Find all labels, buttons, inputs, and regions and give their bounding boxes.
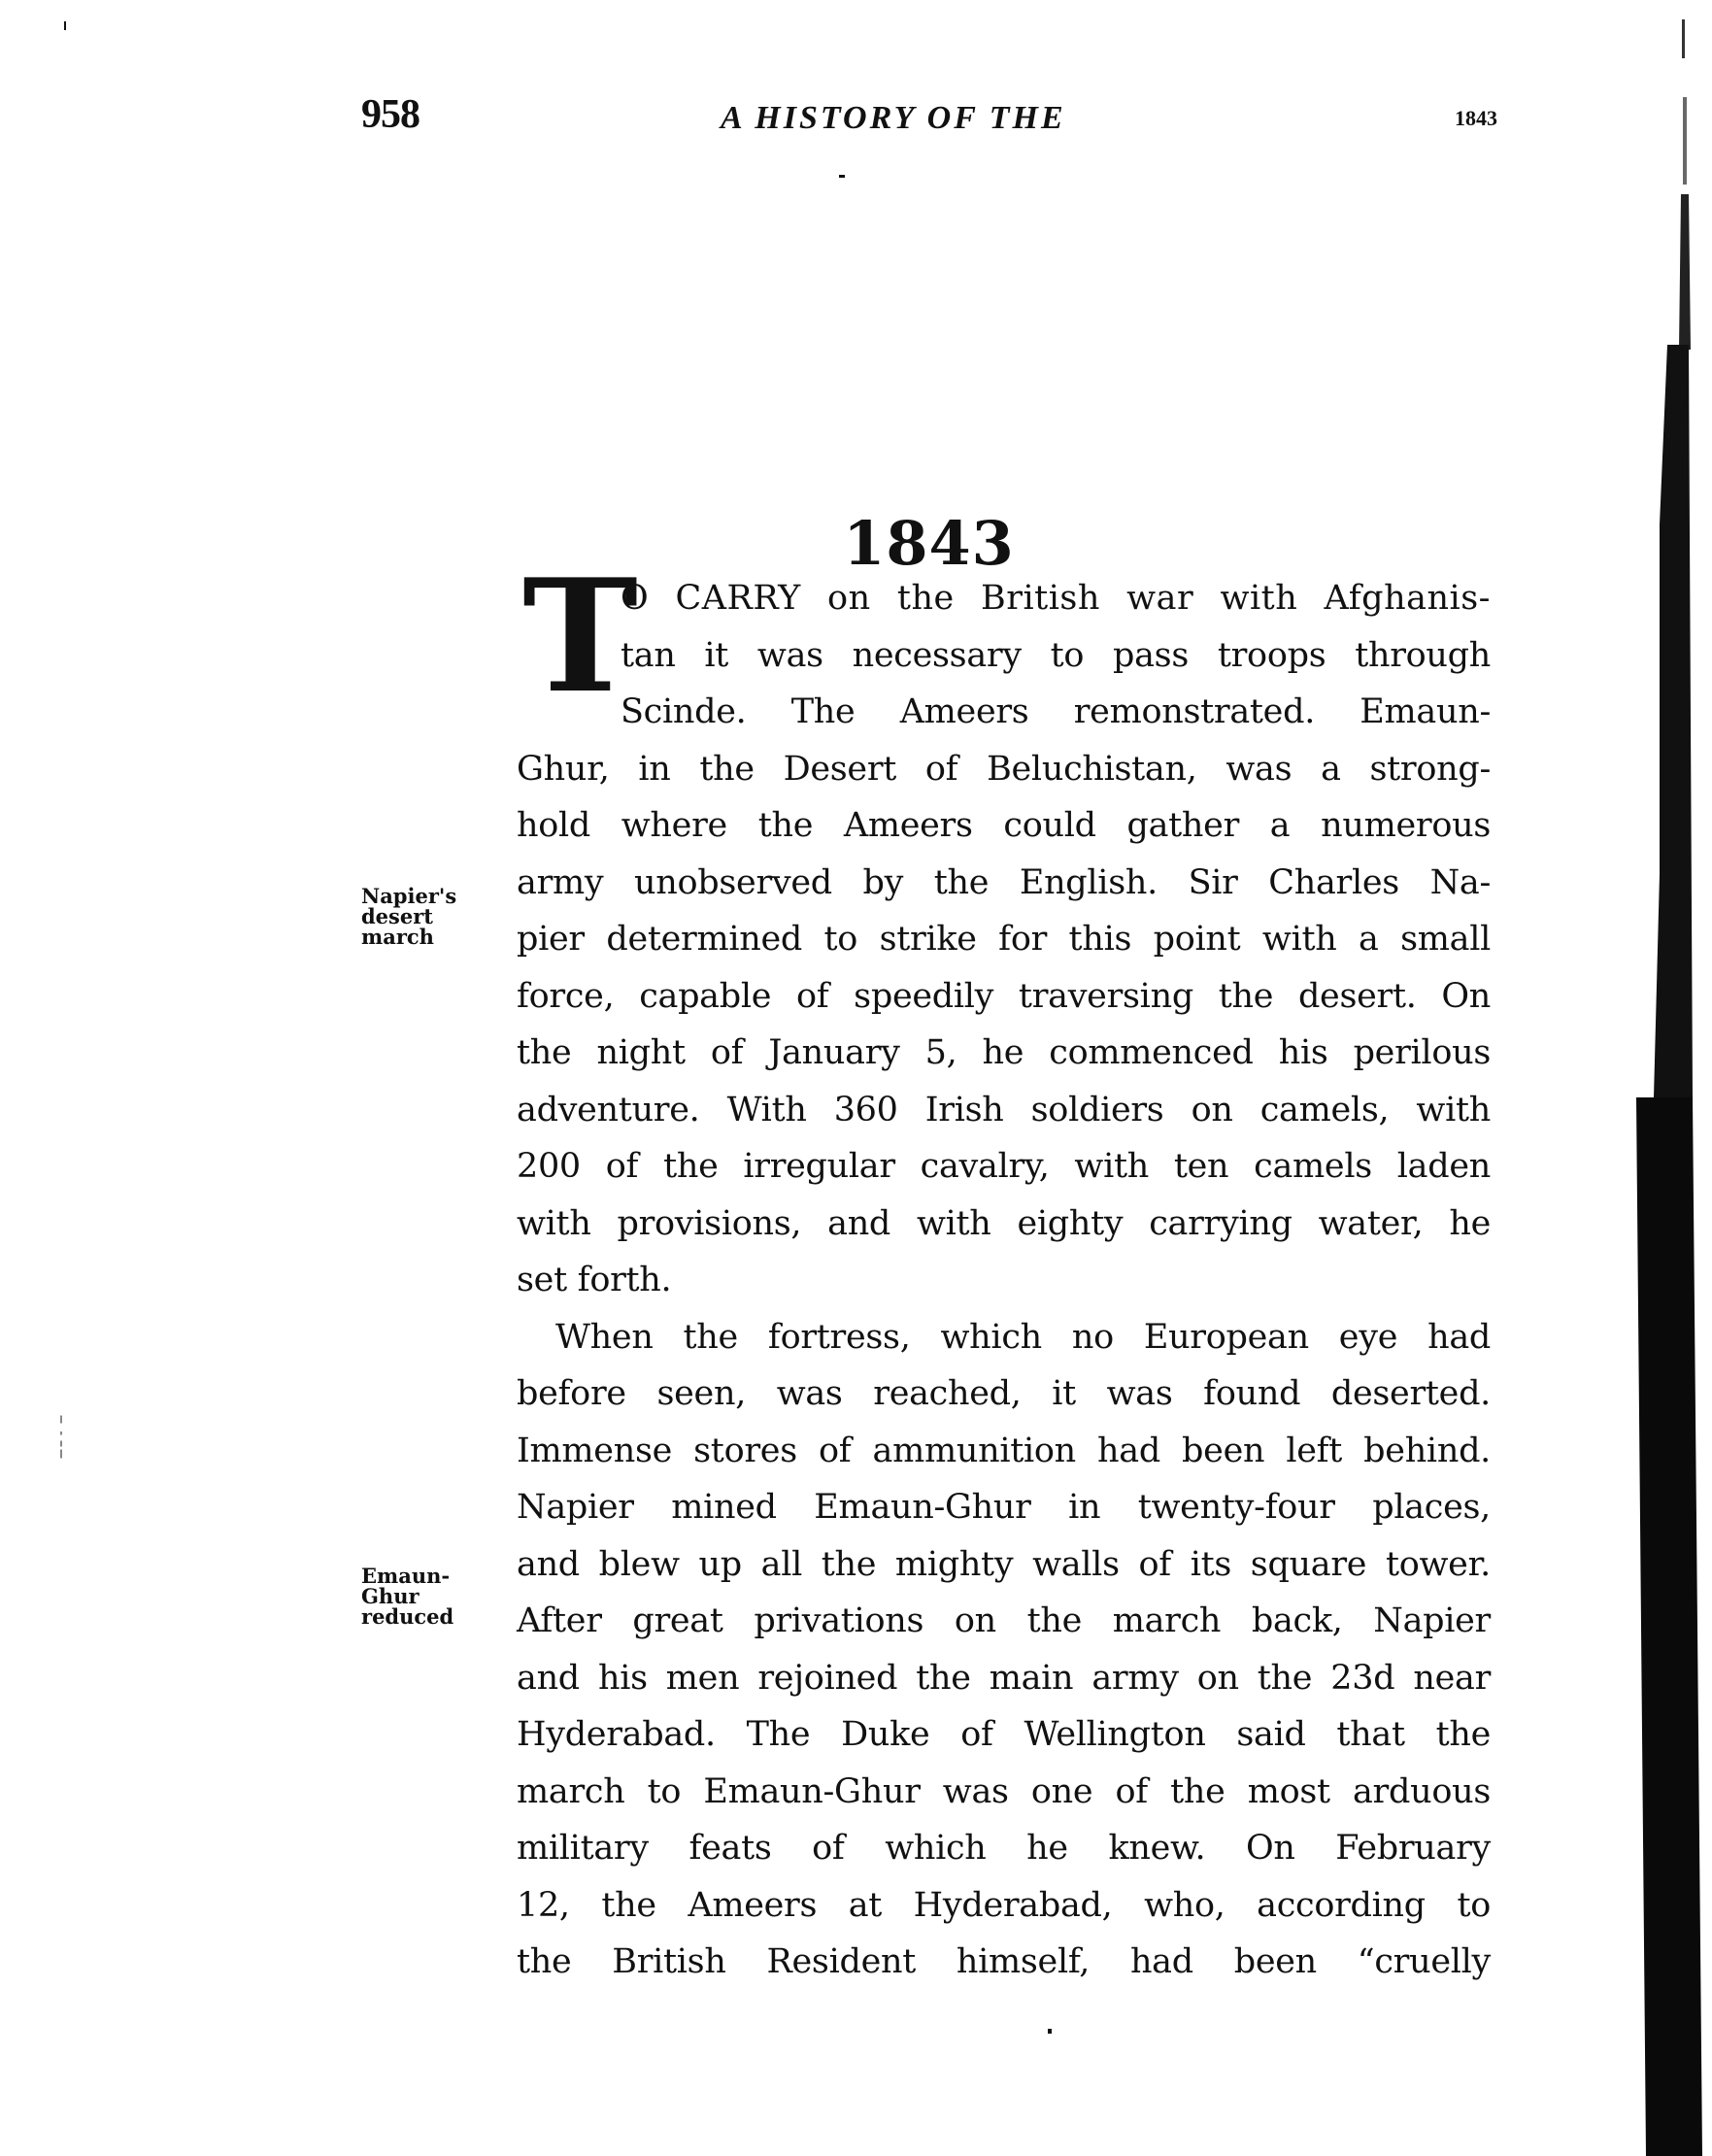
text-line: Hyderabad. The Duke of Wellington said t… <box>517 1706 1491 1764</box>
print-speck <box>1048 2029 1052 2034</box>
text-line: O CARRY on the British war with Afghanis… <box>517 570 1491 627</box>
body-text: T O CARRY on the British war with Afghan… <box>517 570 1491 1991</box>
text-line: with provisions, and with eighty carryin… <box>517 1196 1491 1253</box>
text-line: Ghur, in the Desert of Beluchistan, was … <box>517 741 1491 798</box>
scan-margin-marks <box>60 1394 63 1481</box>
sidenote-line: desert <box>361 906 478 926</box>
text-line: 200 of the irregular cavalry, with ten c… <box>517 1138 1491 1196</box>
text-line: the night of January 5, he commenced his… <box>517 1025 1491 1082</box>
text-line: before seen, was reached, it was found d… <box>517 1365 1491 1423</box>
text-line: force, capable of speedily traversing th… <box>517 968 1491 1026</box>
scanner-edge-shadow <box>1625 0 1712 2156</box>
text-line: After great privations on the march back… <box>517 1593 1491 1650</box>
text-line: 12, the Ameers at Hyderabad, who, accord… <box>517 1877 1491 1935</box>
text-line: march to Emaun-Ghur was one of the most … <box>517 1764 1491 1821</box>
text-line: Immense stores of ammunition had been le… <box>517 1423 1491 1480</box>
paragraph-2: When the fortress, which no European eye… <box>517 1309 1491 1991</box>
print-speck <box>839 175 845 178</box>
book-page: 958 A HISTORY OF THE 1843 1843 Napier's … <box>0 0 1712 2156</box>
text-line: adventure. With 360 Irish soldiers on ca… <box>517 1082 1491 1139</box>
running-header: 958 A HISTORY OF THE 1843 <box>361 95 1497 138</box>
sidenote-emaun-ghur-reduced: Emaun- Ghur reduced <box>361 1566 478 1627</box>
text-line: Napier mined Emaun-Ghur in twenty-four p… <box>517 1479 1491 1536</box>
text-line: pier determined to strike for this point… <box>517 911 1491 968</box>
text-line: Scinde. The Ameers remonstrated. Emaun- <box>517 684 1491 741</box>
text-line: army unobserved by the English. Sir Char… <box>517 855 1491 912</box>
sidenote-napiers-desert-march: Napier's desert march <box>361 886 478 947</box>
sidenote-line: Napier's <box>361 886 478 906</box>
text-line: military feats of which he knew. On Febr… <box>517 1820 1491 1877</box>
text-line: the British Resident himself, had been “… <box>517 1934 1491 1991</box>
text-line: and his men rejoined the main army on th… <box>517 1650 1491 1707</box>
running-year: 1843 <box>1455 107 1497 130</box>
text-line: When the fortress, which no European eye… <box>517 1309 1491 1366</box>
drop-cap: T <box>522 578 638 694</box>
sidenote-line: march <box>361 926 478 947</box>
text-line: tan it was necessary to pass troops thro… <box>517 627 1491 685</box>
page-number: 958 <box>361 95 420 134</box>
running-title: A HISTORY OF THE <box>721 101 1066 136</box>
text-line: and blew up all the mighty walls of its … <box>517 1536 1491 1594</box>
sidenote-line: reduced <box>361 1606 478 1627</box>
text-line: hold where the Ameers could gather a num… <box>517 797 1491 855</box>
text-line: set forth. <box>517 1252 1491 1309</box>
sidenote-line: Emaun- <box>361 1566 478 1586</box>
paragraph-1: O CARRY on the British war with Afghanis… <box>517 570 1491 1309</box>
print-speck <box>64 21 66 30</box>
sidenote-line: Ghur <box>361 1586 478 1606</box>
